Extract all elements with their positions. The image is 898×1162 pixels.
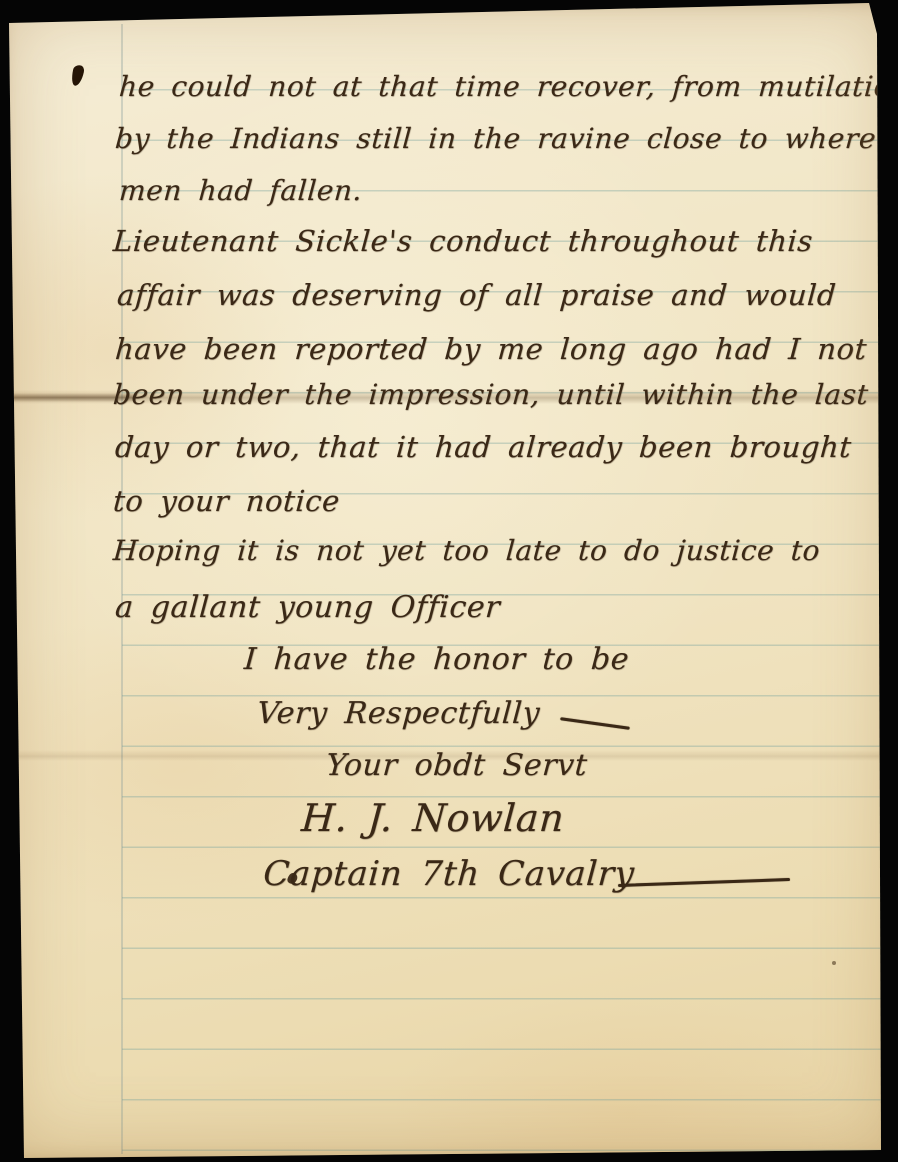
letter-line: by the Indians still in the ravine close… (114, 122, 898, 155)
letter-page: he could not at that time recover, from … (0, 0, 898, 1162)
ink-speck (832, 961, 836, 965)
closing-line: I have the honor to be (243, 642, 630, 677)
letter-line: men had fallen. (118, 174, 363, 207)
letter-line: been under the impression, until within … (112, 378, 870, 411)
letter-line: he could not at that time recover, from … (118, 70, 898, 103)
letter-line: to your notice (112, 484, 341, 518)
signature-name: H. J. Nowlan (300, 796, 566, 840)
letter-line: affair was deserving of all praise and w… (116, 278, 837, 312)
letter-line: Lieutenant Sickle's conduct throughout t… (112, 224, 814, 258)
letter-line: Hoping it is not yet too late to do just… (112, 534, 821, 567)
closing-line: Very Respectfully (256, 696, 541, 731)
ink-blot (70, 64, 85, 87)
signature-rank: Captain 7th Cavalry (262, 854, 636, 894)
letter-line: day or two, that it had already been bro… (114, 430, 853, 464)
letter-line: a gallant young Officer (114, 590, 501, 625)
scanned-letter: he could not at that time recover, from … (0, 0, 898, 1162)
letter-line: have been reported by me long ago had I … (114, 332, 868, 366)
closing-line: Your obdt Servt (325, 748, 589, 783)
